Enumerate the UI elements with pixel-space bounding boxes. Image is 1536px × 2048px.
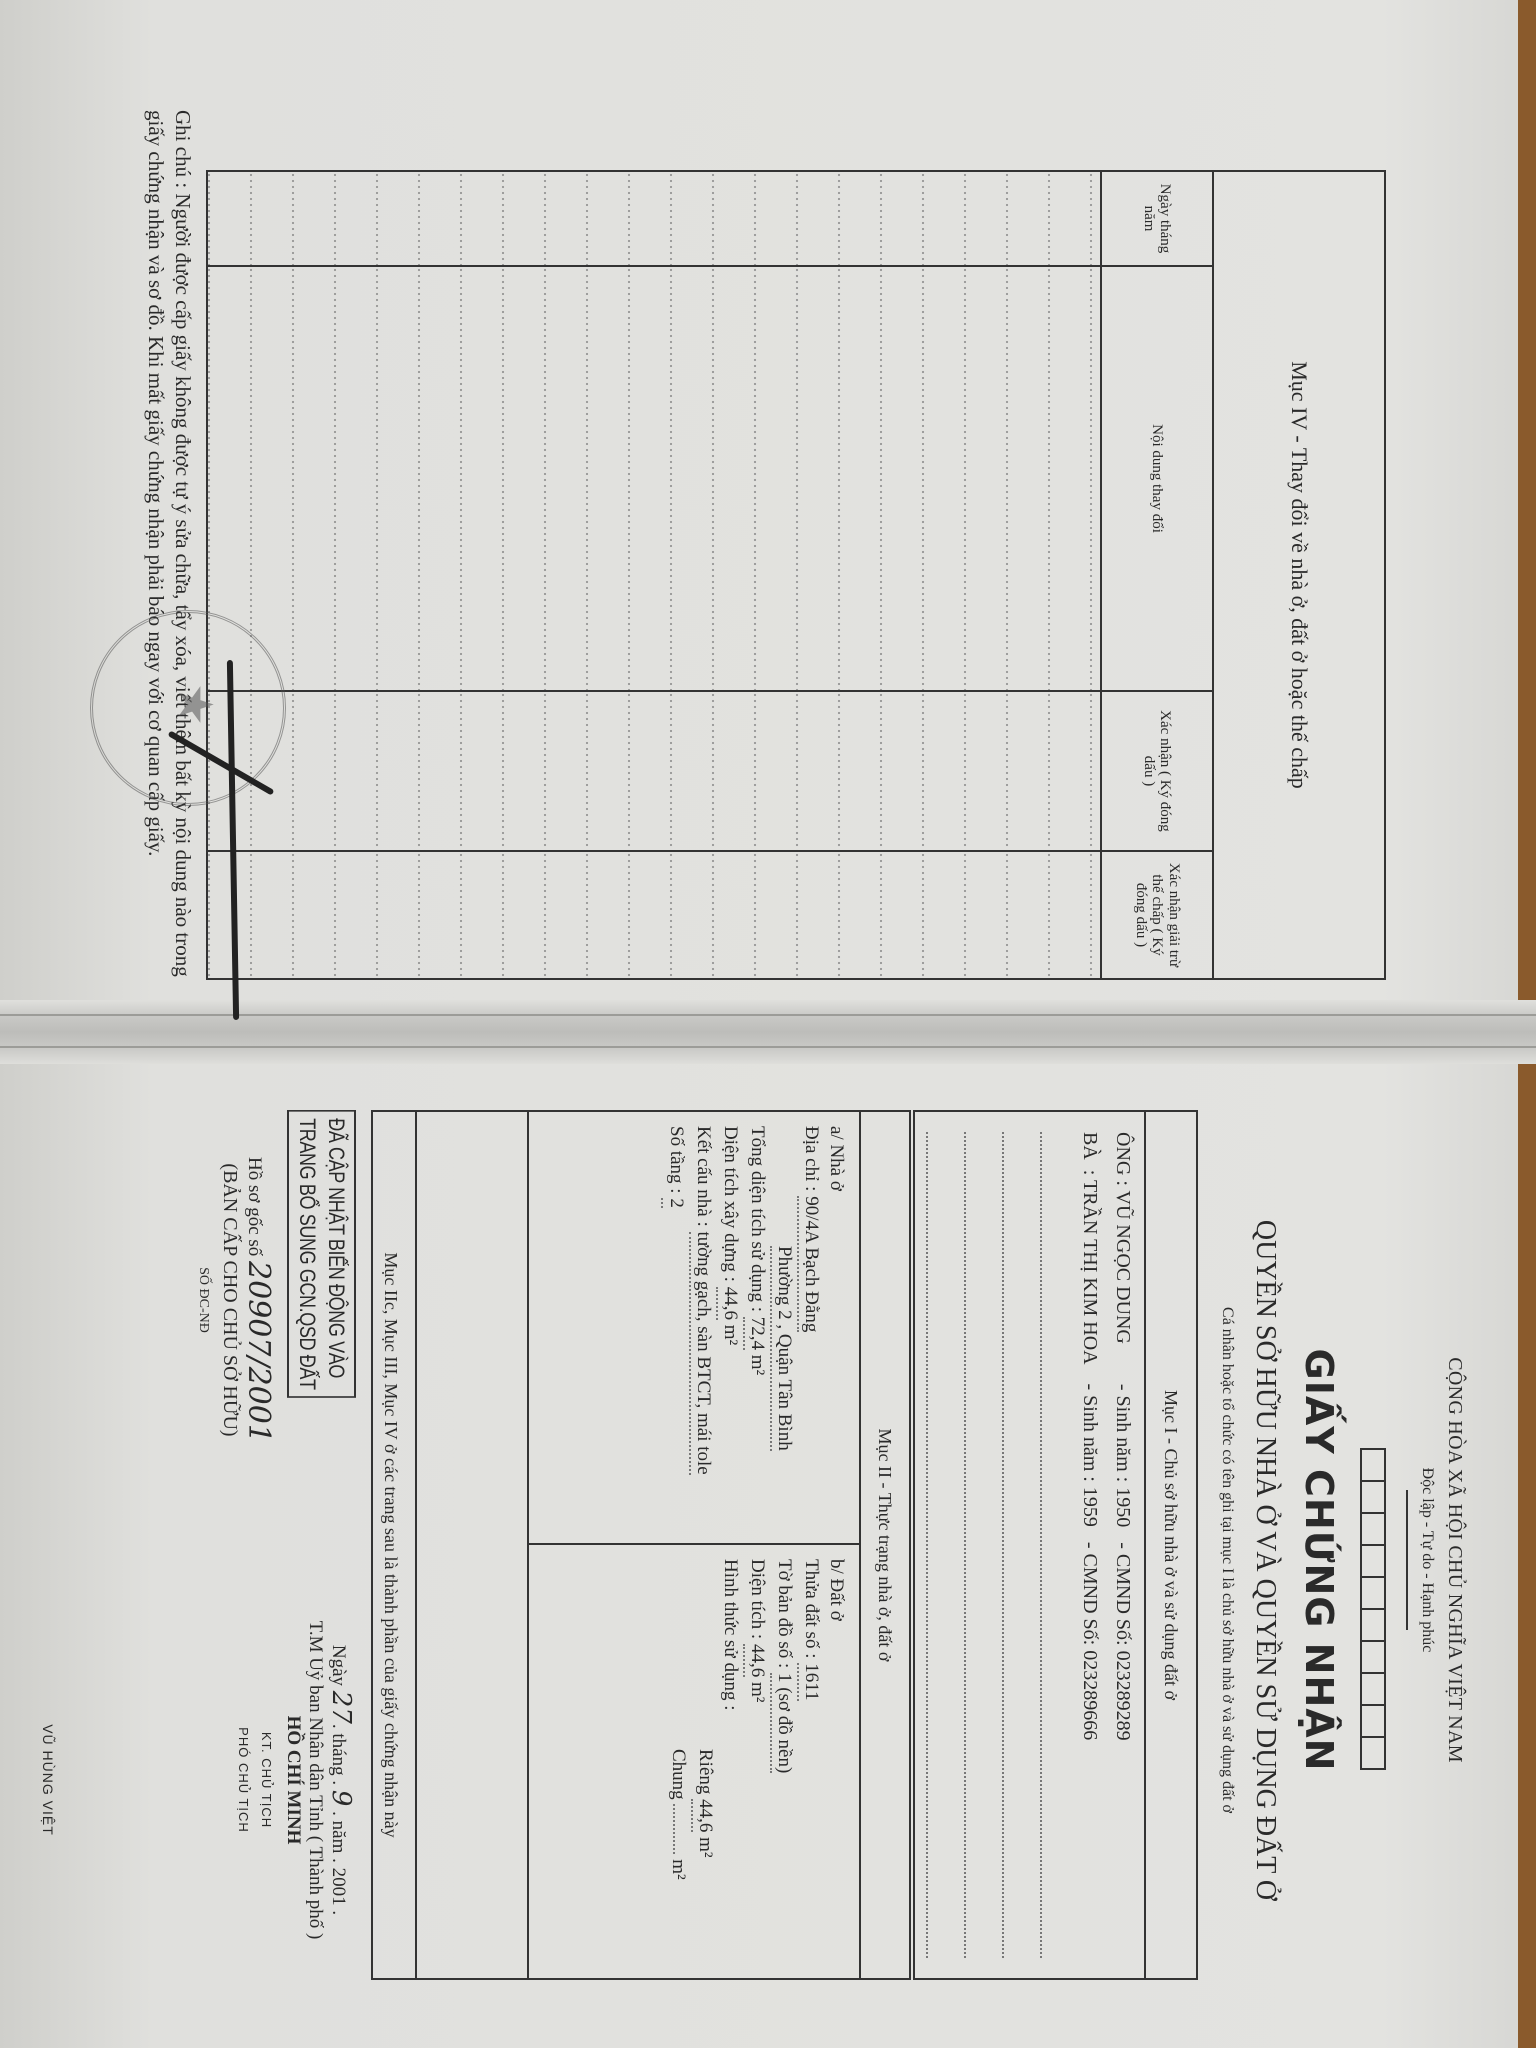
unit: m² xyxy=(747,1355,768,1375)
shared-label: Chung xyxy=(668,1749,689,1800)
intro-text: Cá nhân hoặc tổ chức có tên ghi tại mục … xyxy=(1218,1090,1236,2030)
address-value: 90/4A Bạch Đằng xyxy=(797,1196,824,1332)
structure-label: Kết cấu nhà : xyxy=(693,1126,714,1227)
house-heading: a/ Nhà ở xyxy=(824,1126,849,1529)
section-iv-body xyxy=(206,172,1100,978)
col-confirmation: Xác nhận ( Ký đóng dấu ) xyxy=(1102,692,1212,852)
map-label: Tờ bản đồ số : xyxy=(774,1559,795,1668)
certificate-subtitle: QUYỀN SỞ HỮU NHÀ Ở VÀ QUYỀN SỬ DỤNG ĐẤT … xyxy=(1249,1090,1281,2030)
unit: m² xyxy=(668,1859,689,1879)
update-stamp: ĐÃ CẬP NHẬT BIẾN ĐỘNG VÀO TRANG BỔ SUNG … xyxy=(287,1110,356,1398)
id-number: 023289289 xyxy=(1112,1651,1134,1741)
parcel-label: Thửa đất số : xyxy=(801,1559,822,1658)
address-value-2: Phường 2 , Quận Tân Bình xyxy=(770,1246,797,1451)
section-ii-footer: Mục IIc, Mục III, Mục IV ở các trang sau… xyxy=(367,1112,415,1978)
land-area-value: 44,6 xyxy=(743,1644,770,1677)
land-area-label: Diện tích : xyxy=(747,1559,768,1639)
owner-name: VŨ NGỌC DUNG xyxy=(1112,1191,1134,1344)
map-value: 1 (sơ đồ nền) xyxy=(770,1673,797,1773)
shared-value xyxy=(673,1804,675,1854)
blank-line xyxy=(964,1132,1002,1958)
built-area-value: 44,6 xyxy=(716,1287,743,1320)
update-stamp-line1: ĐÃ CẬP NHẬT BIẾN ĐỘNG VÀO xyxy=(321,1118,350,1389)
parcel-value: 1611 xyxy=(797,1663,824,1700)
col-change-content: Nội dung thay đổi xyxy=(1102,267,1212,692)
birth-label: - Sinh năm : xyxy=(1112,1384,1134,1482)
issue-date: Ngày 27. tháng . 9 . năm . 2001 . xyxy=(326,1570,356,1990)
update-stamp-line2: TRANG BỔ SUNG GCN.QSD ĐẤT xyxy=(293,1118,322,1389)
parcel-row: Thửa đất số : 1611 xyxy=(797,1559,824,1964)
id-number: 023289666 xyxy=(1079,1650,1101,1740)
issue-day: 27 xyxy=(326,1691,356,1724)
note-text: Ghi chú : Người được cấp giấy không được… xyxy=(141,110,196,980)
motto-underline xyxy=(1406,1490,1408,1630)
address-row-2: Phường 2 , Quận Tân Bình xyxy=(770,1126,797,1529)
owner-row: ÔNG : VŨ NGỌC DUNG - Sinh năm : 1950 - C… xyxy=(1111,1112,1144,1978)
page-fold xyxy=(0,1000,1536,1064)
serial-number-boxes xyxy=(1360,1450,1386,1770)
total-area-row: Tổng diện tích sử dụng : 72,4 m² xyxy=(743,1126,770,1529)
section-iv-title: Mục IV - Thay đổi về nhà ở, đất ở hoặc t… xyxy=(1212,172,1384,978)
col-mortgage-release: Xác nhận giải trừ thế chấp ( Ký đóng dấu… xyxy=(1102,852,1212,978)
issue-month: 9 xyxy=(326,1790,356,1807)
owner-prefix: ÔNG xyxy=(1112,1132,1134,1175)
col-release-cells xyxy=(206,852,1100,978)
year-label: năm . 2001 . xyxy=(328,1821,349,1915)
built-area-label: Diện tích xây dựng : xyxy=(720,1126,741,1282)
section-ii-title: Mục II - Thực trạng nhà ở, đất ở xyxy=(859,1112,909,1978)
record-number: 20907/2001 xyxy=(241,1261,276,1443)
front-page: CỘNG HÒA XÃ HỘI CHỦ NGHĨA VIỆT NAM Độc l… xyxy=(0,1090,1536,2030)
shared-row: Chung m² xyxy=(665,1559,690,1964)
owner-prefix: BÀ xyxy=(1079,1132,1101,1160)
land-area-row: Diện tích : 44,6 m² xyxy=(743,1559,770,1964)
signature-block: Ngày 27. tháng . 9 . năm . 2001 . T.M Uỷ… xyxy=(236,1570,356,1990)
address-label: Địa chỉ : xyxy=(801,1126,822,1191)
address-row: Địa chỉ : 90/4A Bạch Đằng xyxy=(797,1126,824,1529)
blank-line xyxy=(926,1132,964,1958)
usage-label: Hình thức sử dụng : xyxy=(718,1559,743,1964)
owner-name: TRẦN THỊ KIM HOA xyxy=(1079,1180,1101,1364)
record-label: Hồ sơ gốc số xyxy=(244,1157,265,1256)
certificate-title: GIẤY CHỨNG NHẬN xyxy=(1297,1090,1341,2030)
unit: m² xyxy=(747,1682,768,1702)
total-area-label: Tổng diện tích sử dụng : xyxy=(747,1126,768,1312)
col-confirm-cells xyxy=(206,692,1100,852)
land-info: b/ Đất ở Thửa đất số : 1611 Tờ bản đồ số… xyxy=(529,1545,859,1978)
national-title: CỘNG HÒA XÃ HỘI CHỦ NGHĨA VIỆT NAM xyxy=(1443,1090,1466,2030)
birth-label: - Sinh năm : xyxy=(1079,1384,1101,1482)
structure-value: tường gạch, sàn BTCT, mái tole xyxy=(689,1232,716,1475)
date-prefix: Ngày xyxy=(328,1645,349,1686)
birth-year: 1950 xyxy=(1112,1487,1134,1527)
copy-note: (BẢN CẤP CHO CHỦ SỞ HỮU) xyxy=(218,1110,241,1490)
floors-label: Số tầng : xyxy=(666,1126,687,1194)
floors-row: Số tầng : 2 xyxy=(661,1126,688,1529)
owner-row: BÀ : TRẦN THỊ KIM HOA - Sinh năm : 1959 … xyxy=(1078,1112,1111,1978)
kt-title: KT. CHỦ TỊCH xyxy=(259,1570,274,1990)
blank-line xyxy=(1002,1132,1040,1958)
private-value: 44,6 xyxy=(691,1799,718,1832)
deputy-title: PHÓ CHỦ TỊCH xyxy=(236,1570,251,1990)
certificate-document: Mục IV - Thay đổi về nhà ở, đất ở hoặc t… xyxy=(0,0,1536,2048)
blank-line xyxy=(1040,1132,1078,1958)
house-info: a/ Nhà ở Địa chỉ : 90/4A Bạch Đằng Phườn… xyxy=(529,1112,859,1545)
col-date: Ngày tháng năm xyxy=(1102,172,1212,267)
section-iv-table: Mục IV - Thay đổi về nhà ở, đất ở hoặc t… xyxy=(206,170,1386,980)
blank-area xyxy=(415,1112,527,1978)
col-date-cells xyxy=(206,172,1100,267)
record-number-row: Hồ sơ gốc số 20907/2001 xyxy=(241,1110,276,1490)
book-number: SỐ ĐC-NĐ xyxy=(195,1110,211,1490)
map-row: Tờ bản đồ số : 1 (sơ đồ nền) xyxy=(770,1559,797,1964)
land-heading: b/ Đất ở xyxy=(824,1559,849,1964)
floors-value: 2 xyxy=(661,1198,688,1208)
col-content-cells xyxy=(206,267,1100,692)
private-row: Riêng 44,6 m² xyxy=(691,1559,718,1964)
structure-row: Kết cấu nhà : tường gạch, sàn BTCT, mái … xyxy=(689,1126,716,1529)
section-i: Mục I - Chủ sở hữu nhà ở và sử dụng đất … xyxy=(913,1110,1198,1980)
month-label: tháng xyxy=(328,1733,349,1775)
private-label: Riêng xyxy=(695,1749,716,1794)
id-label: - CMND Số: xyxy=(1112,1542,1134,1645)
section-iv-header-row: Ngày tháng năm Nội dung thay đổi Xác nhậ… xyxy=(1100,172,1212,978)
official-seal-icon xyxy=(90,610,286,806)
issuing-org: T.M Uỷ ban Nhân dân Tỉnh ( Thành phố ) xyxy=(304,1570,326,1990)
birth-year: 1959 xyxy=(1079,1487,1101,1527)
id-label: - CMND Số: xyxy=(1079,1542,1101,1645)
motto: Độc lập - Tự do - Hạnh phúc xyxy=(1418,1090,1436,2030)
section-i-title: Mục I - Chủ sở hữu nhà ở và sử dụng đất … xyxy=(1144,1112,1196,1978)
issuing-city: HỒ CHÍ MINH xyxy=(282,1570,304,1990)
unit: m² xyxy=(695,1837,716,1857)
section-ii: Mục II - Thực trạng nhà ở, đất ở a/ Nhà … xyxy=(371,1110,911,1980)
signer-name: VŨ HÙNG VIỆT xyxy=(40,1570,56,1990)
unit: m² xyxy=(720,1325,741,1345)
total-area-value: 72,4 xyxy=(743,1317,770,1350)
built-area-row: Diện tích xây dựng : 44,6 m² xyxy=(716,1126,743,1529)
section-ii-columns: a/ Nhà ở Địa chỉ : 90/4A Bạch Đằng Phườn… xyxy=(527,1112,859,1978)
